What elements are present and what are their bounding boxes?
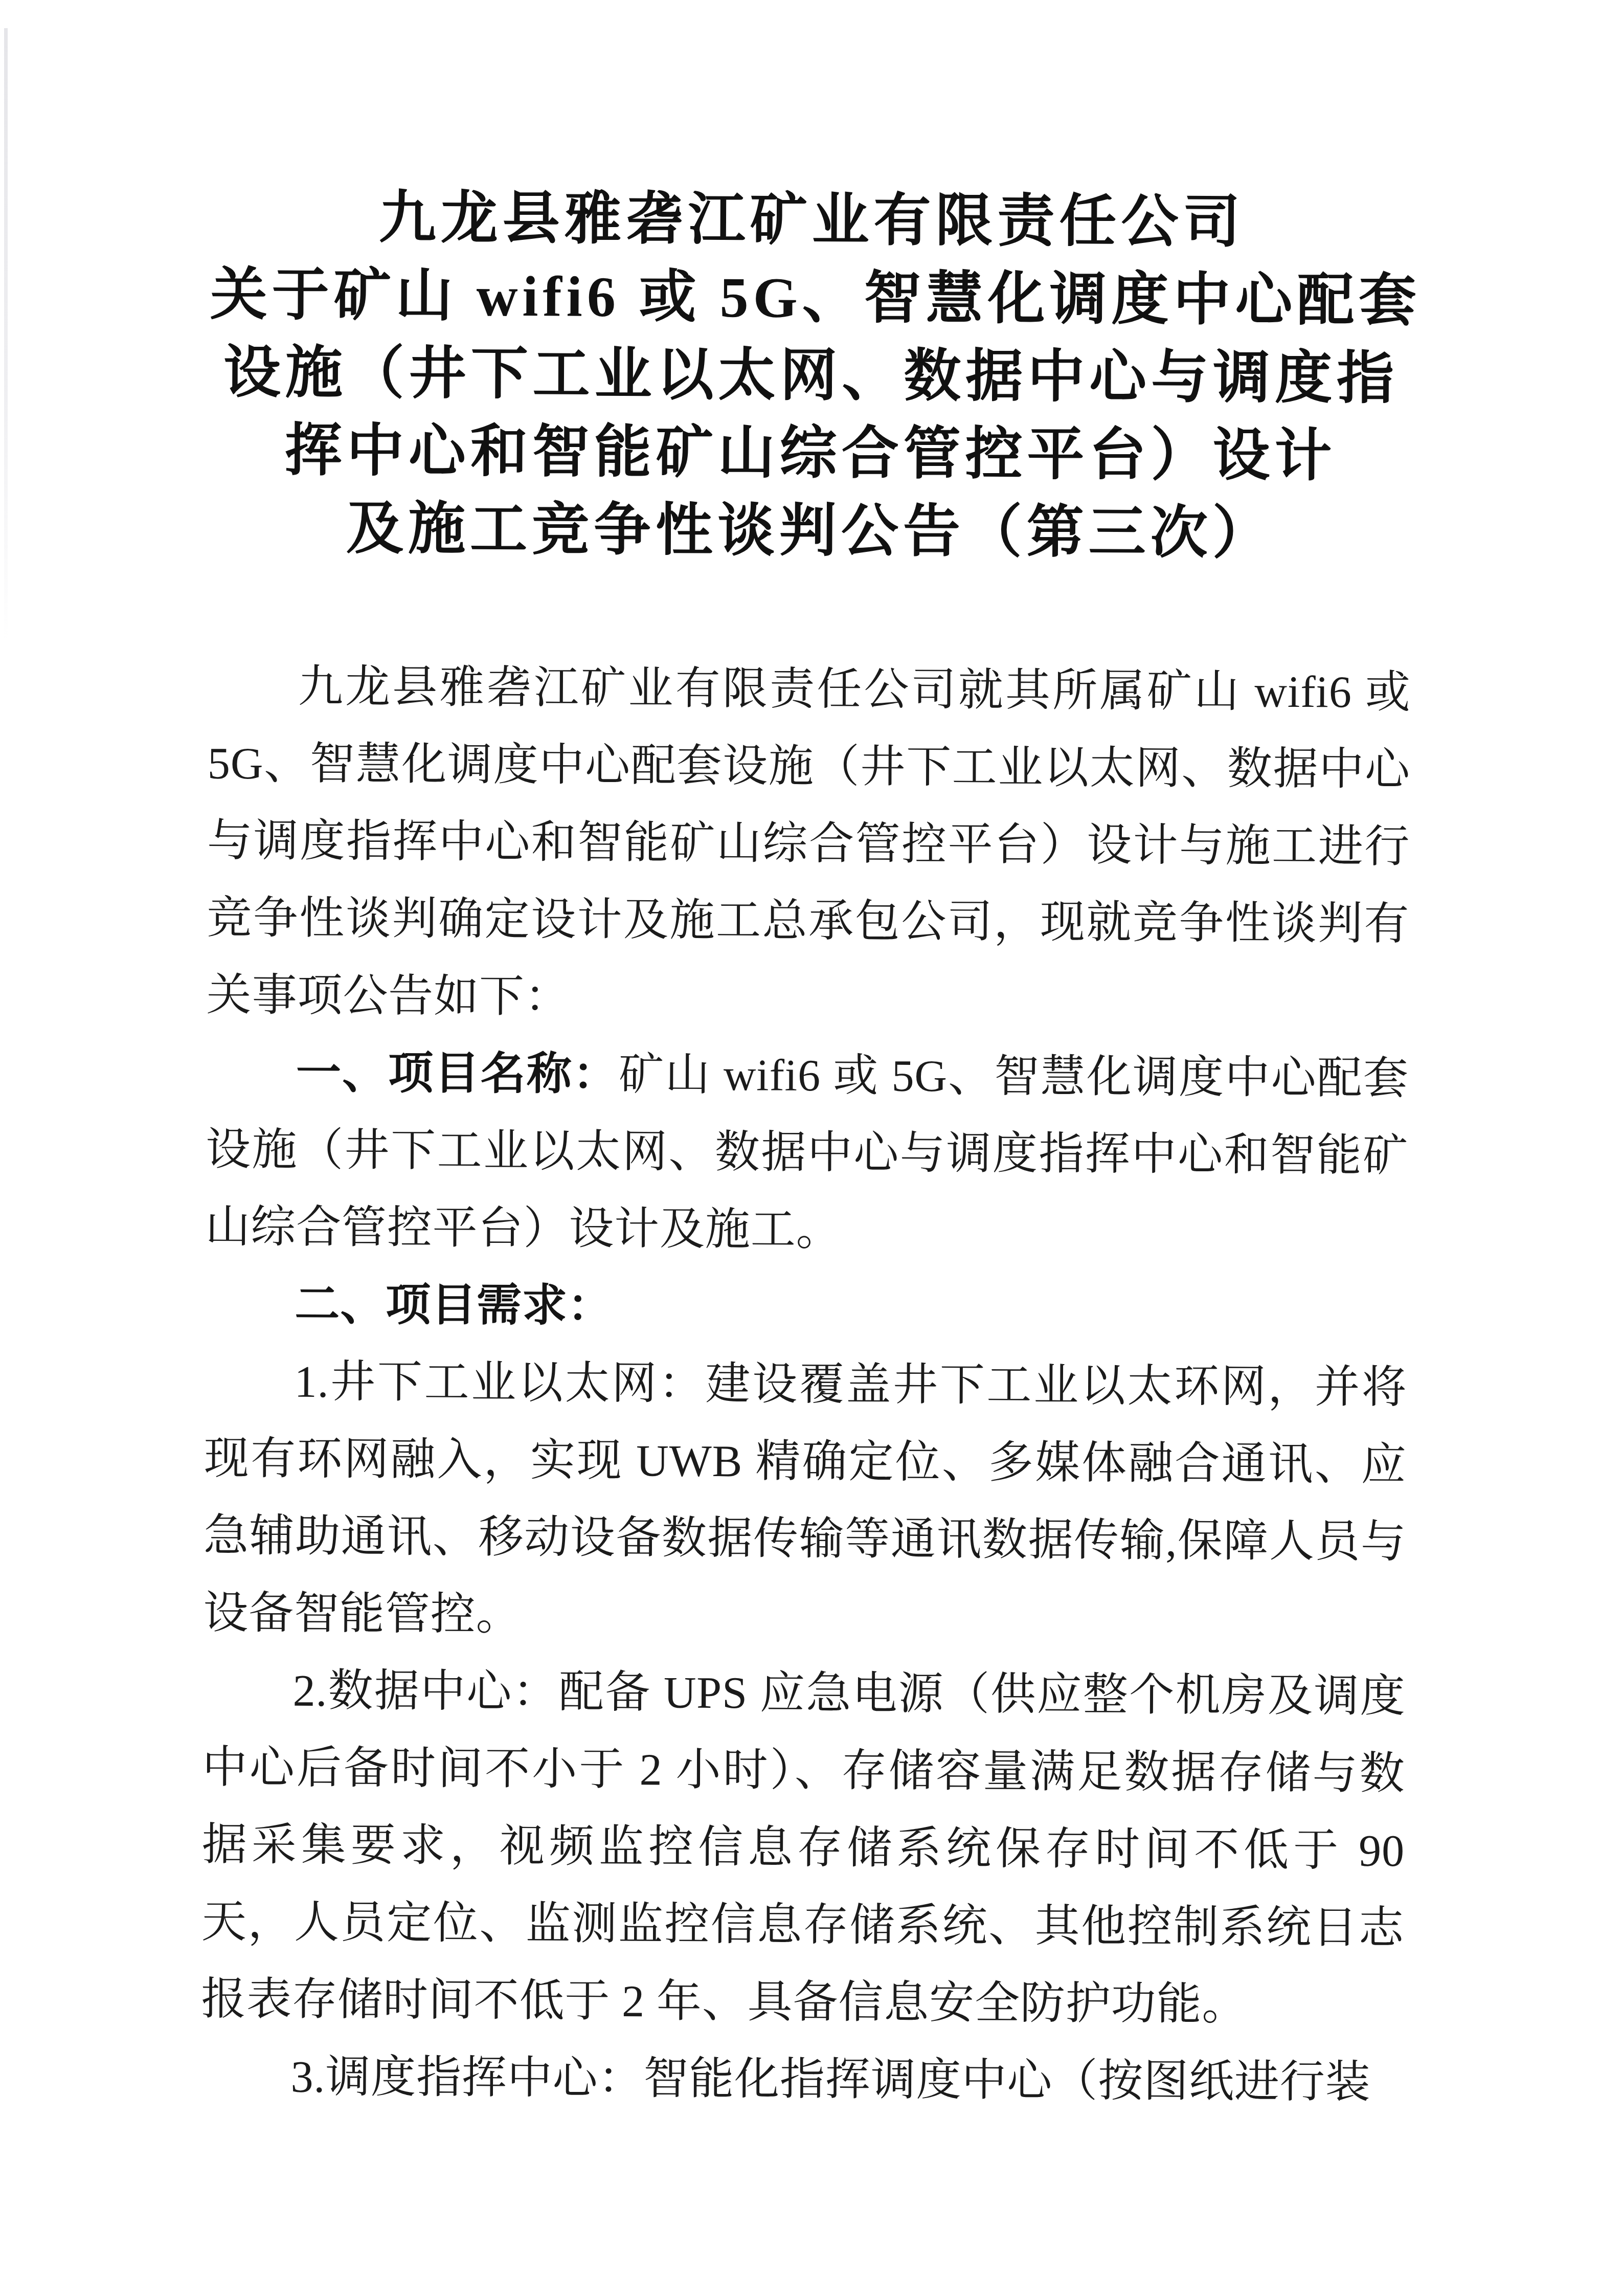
paragraph-item-underground-ethernet: 1.井下工业以太网：建设覆盖井下工业以太环网，并将现有环网融入，实现 UWB 精… [203, 1343, 1407, 1658]
paragraph-item-data-center-text: 2.数据中心：配备 UPS 应急电源（供应整个机房及调度中心后备时间不小于 2 … [201, 1666, 1406, 2030]
paragraph-item-data-center: 2.数据中心：配备 UPS 应急电源（供应整个机房及调度中心后备时间不小于 2 … [201, 1652, 1406, 2044]
document-body: 九龙县雅砻江矿业有限责任公司就其所属矿山 wifi6 或 5G、智慧化调度中心配… [200, 648, 1411, 2122]
paragraph-project-name-label: 一、项目名称： [296, 1049, 619, 1100]
title-line-2: 关于矿山 wifi6 或 5G、智慧化调度中心配套 [210, 256, 1413, 340]
document-title: 九龙县雅砻江矿业有限责任公司 关于矿山 wifi6 或 5G、智慧化调度中心配套… [209, 179, 1413, 573]
title-line-4: 挥中心和智能矿山综合管控平台）设计 [209, 412, 1412, 496]
paragraph-item-dispatch-center: 3.调度指挥中心：智能化指挥调度中心（按图纸进行装 [200, 2038, 1404, 2122]
document-page: 九龙县雅砻江矿业有限责任公司 关于矿山 wifi6 或 5G、智慧化调度中心配套… [0, 0, 1623, 2296]
scan-edge-artifact [4, 28, 8, 642]
paragraph-item-underground-ethernet-text: 1.井下工业以太网：建设覆盖井下工业以太环网，并将现有环网融入，实现 UWB 精… [203, 1357, 1407, 1640]
heading-project-requirements-label: 二、项目需求： [295, 1280, 613, 1331]
heading-project-requirements: 二、项目需求： [205, 1266, 1408, 1349]
paragraph-intro: 九龙县雅砻江矿业有限责任公司就其所属矿山 wifi6 或 5G、智慧化调度中心配… [206, 648, 1411, 1040]
title-line-3: 设施（井下工业以太网、数据中心与调度指 [210, 334, 1413, 418]
title-line-1: 九龙县雅砻江矿业有限责任公司 [210, 179, 1413, 262]
title-line-5: 及施工竞争性谈判公告（第三次） [209, 489, 1412, 573]
paragraph-item-dispatch-center-text: 3.调度指挥中心：智能化指挥调度中心（按图纸进行装 [290, 2053, 1370, 2108]
paragraph-intro-text: 九龙县雅砻江矿业有限责任公司就其所属矿山 wifi6 或 5G、智慧化调度中心配… [206, 662, 1411, 1022]
page-content: 九龙县雅砻江矿业有限责任公司 关于矿山 wifi6 或 5G、智慧化调度中心配套… [200, 179, 1413, 2122]
paragraph-project-name: 一、项目名称：矿山 wifi6 或 5G、智慧化调度中心配套设施（井下工业以太网… [205, 1034, 1409, 1272]
